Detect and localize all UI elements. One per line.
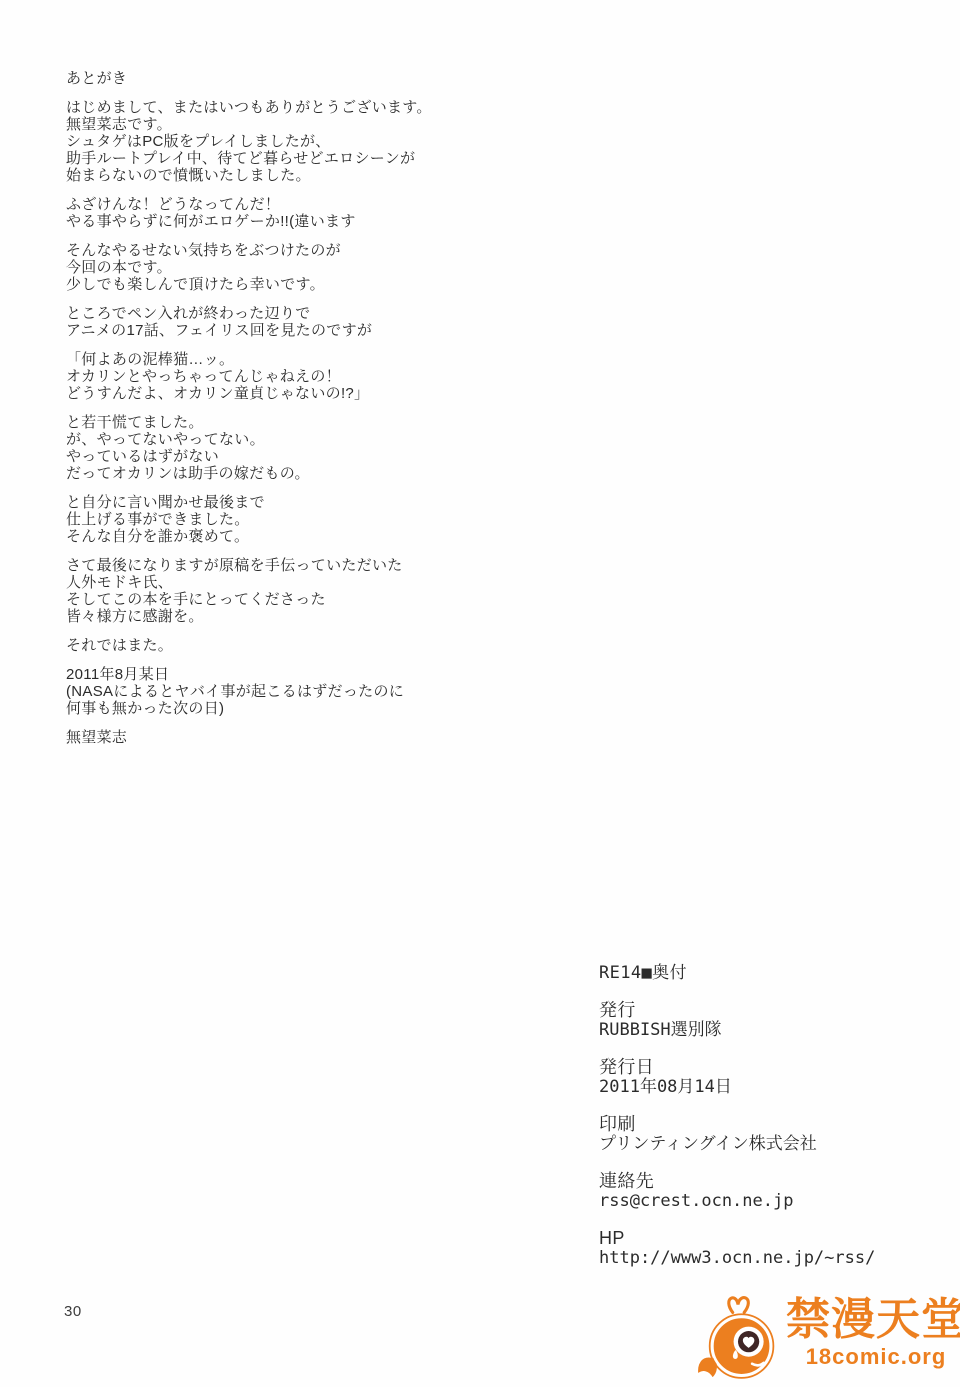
colophon-value: rss@crest.ocn.ne.jp <box>599 1191 929 1211</box>
colophon-label: 発行 <box>599 1000 929 1020</box>
colophon-label: HP <box>599 1228 929 1248</box>
afterword-paragraph: と自分に言い聞かせ最後まで仕上げる事ができました。そんな自分を誰か褒めて。 <box>66 494 536 545</box>
afterword-line: 何事も無かった次の日) <box>66 700 536 717</box>
afterword-title: あとがき <box>66 70 536 87</box>
afterword-line: (NASAによるとヤバイ事が起こるはずだったのに <box>66 683 536 700</box>
colophon-entry: HPhttp://www3.ocn.ne.jp/~rss/ <box>599 1228 929 1268</box>
afterword-line: そしてこの本を手にとってくださった <box>66 591 536 608</box>
page-root: あとがき はじめまして、またはいつもありがとうございます。無望菜志です。シュタゲ… <box>0 0 960 1387</box>
colophon-entry: 発行RUBBISH選別隊 <box>599 1000 929 1040</box>
watermark-site-name: 禁漫天堂 <box>786 1297 960 1343</box>
afterword-line: そんな自分を誰か褒めて。 <box>66 528 536 545</box>
afterword-line: ところでペン入れが終わった辺りで <box>66 305 536 322</box>
afterword-line: 少しでも楽しんで頂けたら幸いです。 <box>66 276 536 293</box>
colophon-section: RE14■奥付 発行RUBBISH選別隊発行日2011年08月14日印刷プリンテ… <box>599 963 929 1285</box>
whale-mascot-icon <box>692 1293 784 1385</box>
afterword-paragraph: それではまた。 <box>66 637 536 654</box>
afterword-line: 今回の本です。 <box>66 259 536 276</box>
afterword-paragraph: ふざけんな！どうなってんだ！やる事やらずに何がエロゲーか!!(違います <box>66 196 536 230</box>
colophon-label: 印刷 <box>599 1114 929 1134</box>
afterword-paragraph: と若干慌てました。が、やってないやってない。やっているはずがないだってオカリンは… <box>66 414 536 482</box>
afterword-line: 皆々様方に感謝を。 <box>66 608 536 625</box>
afterword-line: だってオカリンは助手の嫁だもの。 <box>66 465 536 482</box>
colophon-entry: 発行日2011年08月14日 <box>599 1057 929 1097</box>
afterword-line: ふざけんな！どうなってんだ！ <box>66 196 536 213</box>
colophon-entry: 連絡先rss@crest.ocn.ne.jp <box>599 1171 929 1211</box>
afterword-paragraph: ところでペン入れが終わった辺りでアニメの17話、フェイリス回を見たのですが <box>66 305 536 339</box>
colophon-label: 連絡先 <box>599 1171 929 1191</box>
afterword-line: が、やってないやってない。 <box>66 431 536 448</box>
afterword-line: アニメの17話、フェイリス回を見たのですが <box>66 322 536 339</box>
afterword-paragraph: はじめまして、またはいつもありがとうございます。無望菜志です。シュタゲはPC版を… <box>66 99 536 184</box>
afterword-paragraph: 「何よあの泥棒猫…ッ。オカリンとやっちゃってんじゃねえの！どうすんだよ、オカリン… <box>66 351 536 402</box>
afterword-line: シュタゲはPC版をプレイしましたが、 <box>66 133 536 150</box>
watermark-site-domain: 18comic.org <box>806 1345 947 1369</box>
watermark-text: 禁漫天堂 18comic.org <box>786 1297 960 1369</box>
colophon-label: 発行日 <box>599 1057 929 1077</box>
afterword-line: と自分に言い聞かせ最後まで <box>66 494 536 511</box>
afterword-line: それではまた。 <box>66 637 536 654</box>
afterword-line: 仕上げる事ができました。 <box>66 511 536 528</box>
afterword-line: 2011年8月某日 <box>66 666 536 683</box>
afterword-paragraph: そんなやるせない気持ちをぶつけたのが今回の本です。少しでも楽しんで頂けたら幸いで… <box>66 242 536 293</box>
afterword-line: やる事やらずに何がエロゲーか!!(違います <box>66 213 536 230</box>
afterword-line: と若干慌てました。 <box>66 414 536 431</box>
colophon-entries: 発行RUBBISH選別隊発行日2011年08月14日印刷プリンティングイン株式会… <box>599 1000 929 1268</box>
colophon-value: 2011年08月14日 <box>599 1077 929 1097</box>
colophon-entry: 印刷プリンティングイン株式会社 <box>599 1114 929 1154</box>
afterword-line: オカリンとやっちゃってんじゃねえの！ <box>66 368 536 385</box>
watermark: 禁漫天堂 18comic.org <box>692 1293 956 1385</box>
afterword-line: 始まらないので憤慨いたしました。 <box>66 167 536 184</box>
afterword-line: 「何よあの泥棒猫…ッ。 <box>66 351 536 368</box>
colophon-value: RUBBISH選別隊 <box>599 1020 929 1040</box>
afterword-paragraph: 2011年8月某日(NASAによるとヤバイ事が起こるはずだったのに何事も無かった… <box>66 666 536 717</box>
colophon-value: プリンティングイン株式会社 <box>599 1134 929 1154</box>
page-number: 30 <box>64 1303 82 1320</box>
afterword-signature: 無望菜志 <box>66 729 536 746</box>
afterword-line: そんなやるせない気持ちをぶつけたのが <box>66 242 536 259</box>
afterword-line: 無望菜志です。 <box>66 116 536 133</box>
colophon-header: RE14■奥付 <box>599 963 929 983</box>
afterword-line: 助手ルートプレイ中、待てど暮らせどエロシーンが <box>66 150 536 167</box>
afterword-paragraph: さて最後になりますが原稿を手伝っていただいた人外モドキ氏、そしてこの本を手にとっ… <box>66 557 536 625</box>
afterword-line: さて最後になりますが原稿を手伝っていただいた <box>66 557 536 574</box>
afterword-line: はじめまして、またはいつもありがとうございます。 <box>66 99 536 116</box>
colophon-value: http://www3.ocn.ne.jp/~rss/ <box>599 1248 929 1268</box>
afterword-paragraphs: はじめまして、またはいつもありがとうございます。無望菜志です。シュタゲはPC版を… <box>66 99 536 717</box>
afterword-line: やっているはずがない <box>66 448 536 465</box>
afterword-section: あとがき はじめまして、またはいつもありがとうございます。無望菜志です。シュタゲ… <box>66 70 536 746</box>
afterword-line: 人外モドキ氏、 <box>66 574 536 591</box>
afterword-line: どうすんだよ、オカリン童貞じゃないの!?」 <box>66 385 536 402</box>
